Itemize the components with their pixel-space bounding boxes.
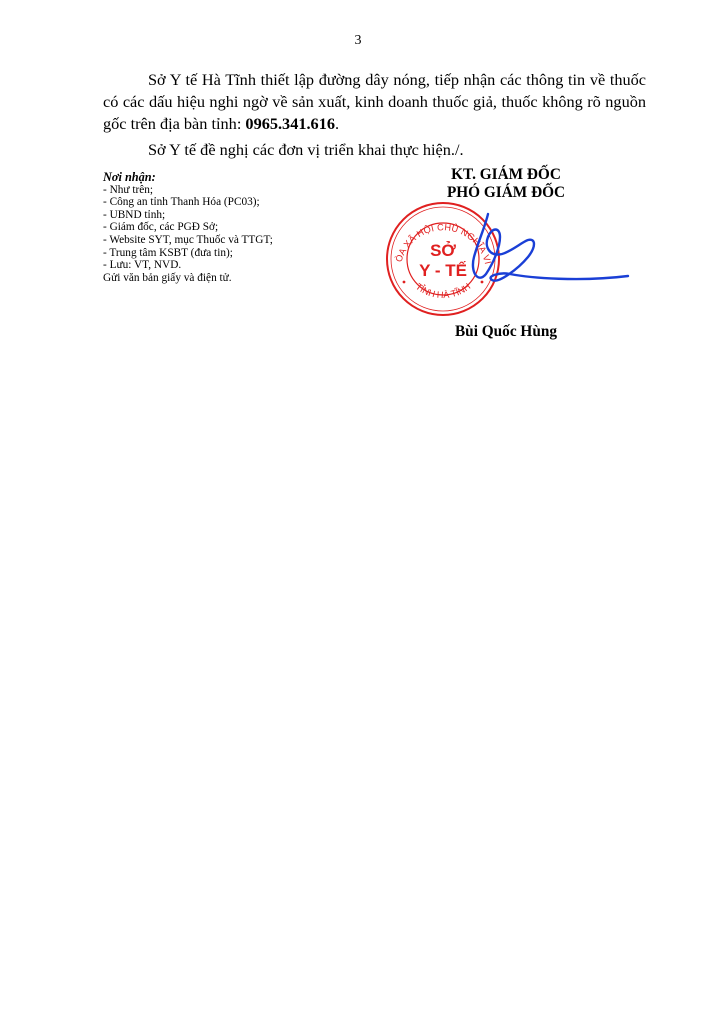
recipient-item: - Giám đốc, các PGĐ Sở; [103, 221, 273, 234]
signature-title-1: KT. GIÁM ĐỐC [396, 166, 616, 184]
stamp-bottom-text: TỈNH HÀ TĨNH [414, 281, 473, 300]
delivery-note: Gửi văn bản giấy và điện tử. [103, 272, 273, 285]
svg-text:TỈNH HÀ TĨNH: TỈNH HÀ TĨNH [414, 281, 473, 300]
hotline-paragraph-end: . [335, 114, 339, 133]
signer-name: Bùi Quốc Hùng [396, 323, 616, 341]
hotline-paragraph-text: Sở Y tế Hà Tĩnh thiết lập đường dây nóng… [103, 70, 646, 133]
recipient-item: - Công an tỉnh Thanh Hóa (PC03); [103, 196, 273, 209]
recipient-item: - Trung tâm KSBT (đưa tin); [103, 247, 273, 260]
page-number: 3 [0, 33, 716, 49]
stamp-center-line-1: SỞ [430, 241, 456, 260]
document-body: Sở Y tế Hà Tĩnh thiết lập đường dây nóng… [103, 69, 646, 161]
recipient-item: - Lưu: VT, NVD. [103, 259, 273, 272]
recipient-item: - Như trên; [103, 184, 273, 197]
hotline-paragraph: Sở Y tế Hà Tĩnh thiết lập đường dây nóng… [103, 69, 646, 135]
recipients-block: Nơi nhận: - Như trên; - Công an tỉnh Tha… [103, 171, 273, 284]
request-paragraph: Sở Y tế đề nghị các đơn vị triển khai th… [103, 139, 646, 161]
recipient-item: - UBND tỉnh; [103, 209, 273, 222]
recipients-title: Nơi nhận: [103, 171, 273, 184]
recipient-item: - Website SYT, mục Thuốc và TTGT; [103, 234, 273, 247]
hotline-number: 0965.341.616 [245, 114, 335, 133]
handwritten-signature-icon [470, 212, 640, 292]
signature-title-block: KT. GIÁM ĐỐC PHÓ GIÁM ĐỐC [396, 166, 616, 202]
stamp-center-line-2: Y - TẾ [419, 261, 467, 280]
